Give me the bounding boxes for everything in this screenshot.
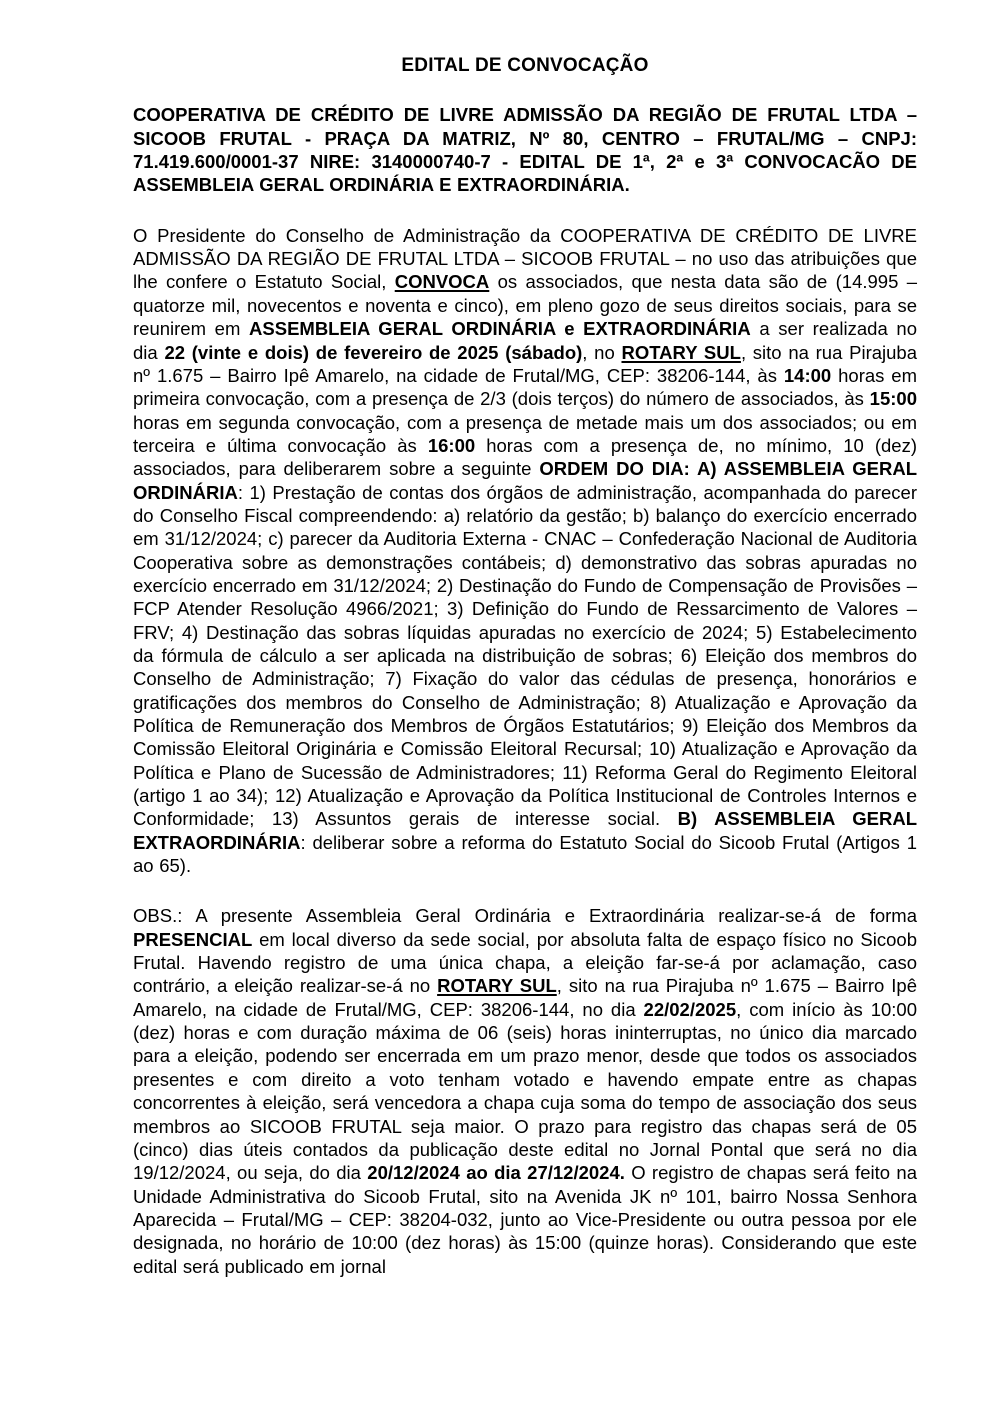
document-content: EDITAL DE CONVOCAÇÃO COOPERATIVA DE CRÉD… (133, 54, 917, 1305)
registration-period-emphasis: 20/12/2024 ao dia 27/12/2024. (367, 1162, 625, 1183)
election-date-emphasis: 22/02/2025 (644, 999, 737, 1020)
assembly-date-emphasis: 22 (vinte e dois) de fevereiro de 2025 (… (164, 342, 582, 363)
election-rules-text: , com início às 10:00 (dez) horas e com … (133, 999, 917, 1183)
venue-name-emphasis: ROTARY SUL (621, 342, 740, 363)
document-page: EDITAL DE CONVOCAÇÃO COOPERATIVA DE CRÉD… (0, 0, 1000, 1414)
obs-paragraph: OBS.: A presente Assembleia Geral Ordiná… (133, 904, 917, 1278)
second-call-time: 15:00 (870, 388, 917, 409)
third-call-time: 16:00 (428, 435, 475, 456)
agenda-items-text: : 1) Prestação de contas dos órgãos de a… (133, 482, 917, 830)
cooperative-heading: COOPERATIVA DE CRÉDITO DE LIVRE ADMISSÃO… (133, 104, 917, 195)
assembly-name-emphasis: ASSEMBLEIA GERAL ORDINÁRIA e EXTRAORDINÁ… (249, 318, 751, 339)
obs-intro-text: OBS.: A presente Assembleia Geral Ordiná… (133, 905, 917, 926)
connector-text: , no (582, 342, 621, 363)
header-paragraph: COOPERATIVA DE CRÉDITO DE LIVRE ADMISSÃO… (133, 103, 917, 196)
presencial-emphasis: PRESENCIAL (133, 929, 252, 950)
body-paragraph: O Presidente do Conselho de Administraçã… (133, 224, 917, 878)
first-call-time: 14:00 (784, 365, 831, 386)
convoca-emphasis: CONVOCA (395, 271, 490, 292)
document-title: EDITAL DE CONVOCAÇÃO (133, 54, 917, 77)
venue-name-emphasis: ROTARY SUL (437, 975, 557, 996)
